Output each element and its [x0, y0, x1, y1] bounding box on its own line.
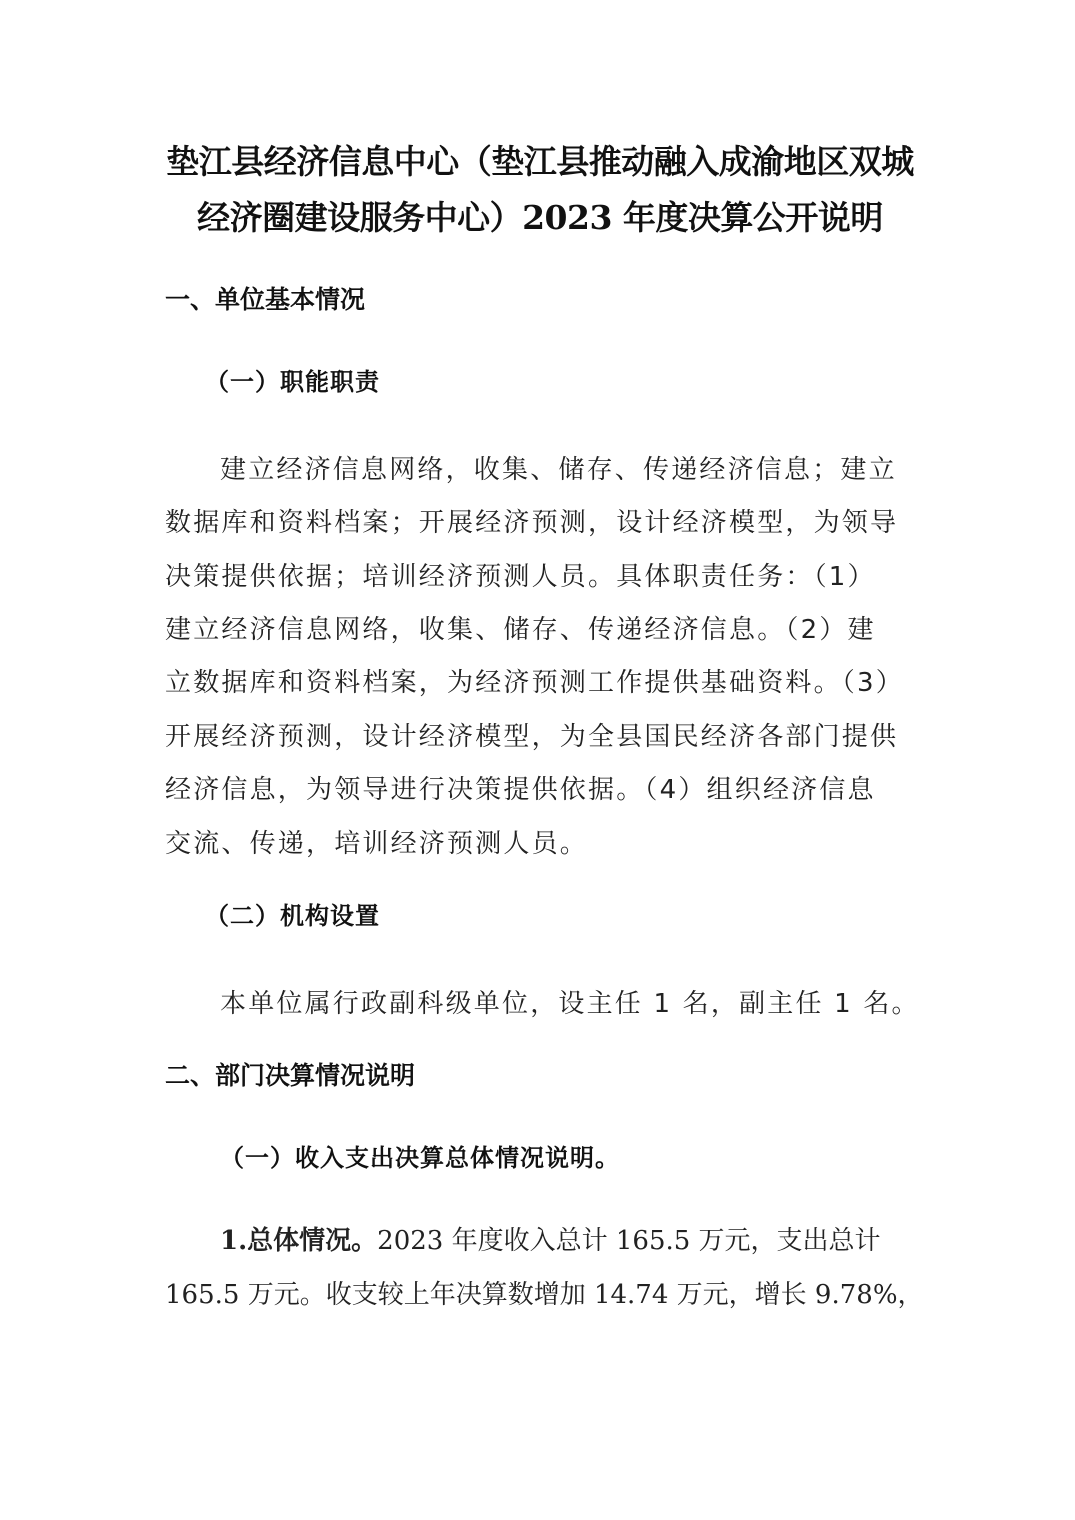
subheading-income-expenditure: （一）收入支出决算总体情况说明。 [220, 1138, 620, 1173]
paragraph-lead: 1.总体情况。 [220, 1226, 377, 1256]
paragraph-line: 立数据库和资料档案，为经济预测工作提供基础资料。（3） [165, 662, 904, 699]
section-heading-basic-info: 一、单位基本情况 [165, 280, 365, 316]
subheading-organization: （二）机构设置 [205, 896, 380, 931]
document-page: 垫江县经济信息中心（垫江县推动融入成渝地区双城 经济圈建设服务中心）2023 年… [0, 0, 1075, 1520]
subheading-functions: （一）职能职责 [205, 362, 380, 397]
document-title-line-2: 经济圈建设服务中心）2023 年度决算公开说明 [160, 192, 920, 239]
paragraph-line: 经济信息，为领导进行决策提供依据。（4）组织经济信息 [165, 769, 876, 806]
paragraph-line: 建立经济信息网络，收集、储存、传递经济信息；建立 [220, 449, 897, 486]
document-title-line-1: 垫江县经济信息中心（垫江县推动融入成渝地区双城 [160, 136, 920, 183]
paragraph-line: 开展经济预测，设计经济模型，为全县国民经济各部门提供 [165, 716, 898, 753]
paragraph-line: 1.总体情况。2023 年度收入总计 165.5 万元，支出总计 [220, 1220, 881, 1257]
paragraph-line: 165.5 万元。收支较上年决算数增加 14.74 万元，增长 9.78%， [165, 1274, 924, 1311]
paragraph-line: 建立经济信息网络，收集、储存、传递经济信息。（2）建 [165, 609, 876, 646]
paragraph-line: 本单位属行政副科级单位，设主任 1 名，副主任 1 名。 [220, 983, 920, 1020]
section-heading-final-accounts: 二、部门决算情况说明 [165, 1056, 415, 1092]
paragraph-line: 数据库和资料档案；开展经济预测，设计经济模型，为领导 [165, 502, 898, 539]
paragraph-line: 交流、传递，培训经济预测人员。 [165, 823, 588, 860]
paragraph-line: 决策提供依据；培训经济预测人员。具体职责任务：（1） [165, 556, 876, 593]
paragraph-text: 2023 年度收入总计 165.5 万元，支出总计 [377, 1226, 880, 1256]
